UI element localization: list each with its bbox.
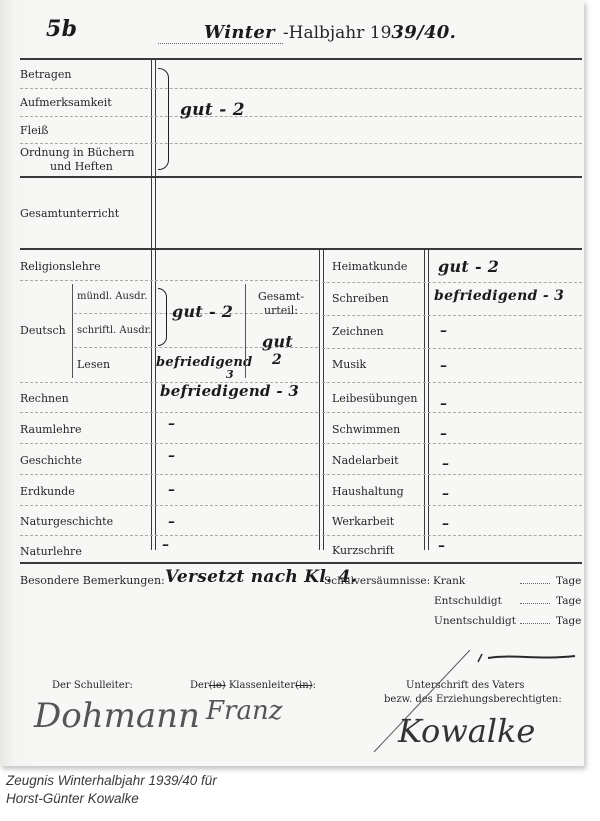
- label-musik: Musik: [332, 358, 366, 371]
- label-haushaltung: Haushaltung: [332, 485, 404, 498]
- unit-unentschuldigt: Tage: [556, 615, 581, 627]
- label-leibesuebungen: Leibesübungen: [332, 392, 417, 405]
- label-rechnen: Rechnen: [20, 392, 69, 405]
- class-mark: 5b: [46, 16, 77, 42]
- deutsch-overall-number: 2: [272, 352, 282, 368]
- year-handwritten: 39/40.: [391, 22, 456, 43]
- label-absences: Schulversäumnisse:: [324, 575, 430, 587]
- label-principal: Der Schulleiter:: [52, 680, 133, 691]
- label-geschichte: Geschichte: [20, 454, 82, 467]
- grade-schwimmen: –: [440, 426, 447, 442]
- grade-schreiben: befriedigend - 3: [434, 288, 564, 304]
- label-erdkunde: Erdkunde: [20, 485, 75, 498]
- label-gesamt: Gesamt-: [258, 290, 304, 303]
- label-urteil: urteil:: [264, 304, 298, 317]
- label-gesamtunterricht: Gesamtunterricht: [20, 207, 119, 220]
- label-aufmerksamkeit: Aufmerksamkeit: [20, 96, 112, 109]
- grade-geschichte: –: [168, 448, 175, 464]
- label-naturlehre: Naturlehre: [20, 545, 82, 558]
- label-werkarbeit: Werkarbeit: [332, 515, 394, 528]
- conduct-brace: [158, 68, 169, 170]
- conduct-grade: gut - 2: [180, 100, 245, 120]
- label-betragen: Betragen: [20, 68, 71, 81]
- deutsch-overall-grade: gut: [262, 332, 293, 351]
- label-krank: Krank: [433, 575, 465, 587]
- label-remarks: Besondere Bemerkungen:: [20, 574, 165, 587]
- title-printed: -Halbjahr 19: [283, 23, 392, 43]
- grade-zeichnen: –: [440, 323, 447, 339]
- label-nadelarbeit: Nadelarbeit: [332, 454, 399, 467]
- label-class-teacher: Der(ie) Klassenleiter(in):: [190, 680, 316, 691]
- grade-leibesuebungen: –: [440, 396, 447, 412]
- grade-naturlehre: –: [162, 537, 169, 553]
- unit-entschuldigt: Tage: [556, 595, 581, 607]
- label-deutsch: Deutsch: [20, 324, 66, 337]
- label-raumlehre: Raumlehre: [20, 423, 82, 436]
- unit-krank: Tage: [556, 575, 581, 587]
- label-ordnung-2: und Heften: [50, 160, 113, 173]
- label-unentschuldigt: Unentschuldigt: [434, 615, 516, 627]
- grade-naturgeschichte: –: [168, 514, 175, 530]
- principal-signature: Dohmann: [34, 696, 200, 736]
- grade-kurzschrift: –: [438, 538, 445, 554]
- title-line: Winter-Halbjahr 1939/40.: [158, 22, 456, 44]
- label-kurzschrift: Kurzschrift: [332, 544, 394, 557]
- ausdruck-grade: gut - 2: [172, 302, 233, 321]
- report-card: 5b Winter-Halbjahr 1939/40. Betragen Auf…: [0, 0, 584, 766]
- label-muendl: mündl. Ausdr.: [77, 291, 147, 302]
- label-heimatkunde: Heimatkunde: [332, 260, 407, 273]
- grade-nadelarbeit: –: [442, 456, 449, 472]
- deutsch-brace: [158, 288, 167, 346]
- grade-haushaltung: –: [442, 486, 449, 502]
- label-schwimmen: Schwimmen: [332, 423, 400, 436]
- grade-werkarbeit: –: [442, 516, 449, 532]
- label-ordnung: Ordnung in Büchern: [20, 146, 134, 159]
- label-religionslehre: Religionslehre: [20, 260, 101, 273]
- caption-line-2: Horst-Günter Kowalke: [6, 791, 139, 806]
- label-entschuldigt: Entschuldigt: [434, 595, 502, 607]
- label-zeichnen: Zeichnen: [332, 325, 384, 338]
- caption-line-1: Zeugnis Winterhalbjahr 1939/40 für: [6, 773, 217, 788]
- grade-erdkunde: –: [168, 482, 175, 498]
- label-lesen: Lesen: [77, 358, 110, 371]
- label-naturgeschichte: Naturgeschichte: [20, 515, 113, 528]
- lesen-grade: befriedigend: [156, 355, 253, 370]
- label-fleiss: Fleiß: [20, 124, 49, 137]
- lesen-number: 3: [226, 368, 234, 381]
- label-schriftl: schriftl. Ausdr.: [77, 325, 151, 336]
- grade-heimatkunde: gut - 2: [438, 257, 499, 276]
- grade-musik: –: [440, 358, 447, 374]
- parent-signature: Kowalke: [398, 712, 535, 750]
- grade-rechnen: befriedigend - 3: [160, 382, 299, 400]
- grade-raumlehre: –: [168, 416, 175, 432]
- season-handwritten: Winter: [158, 22, 283, 44]
- teacher-signature: Franz: [206, 696, 282, 726]
- label-schreiben: Schreiben: [332, 292, 389, 305]
